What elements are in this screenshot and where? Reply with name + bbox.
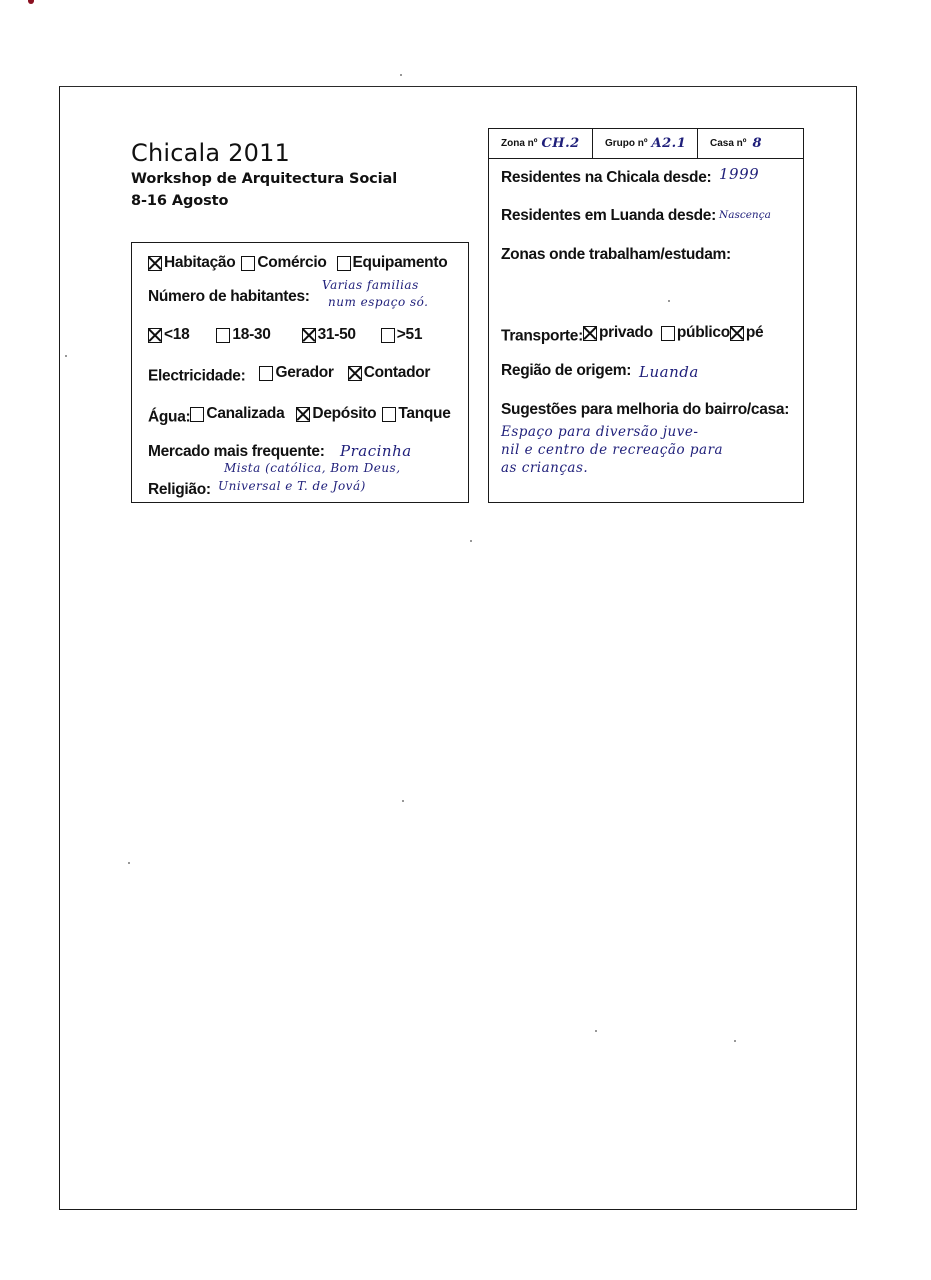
option-contador[interactable]: Contador (348, 364, 430, 382)
suggestions-line2[interactable]: nil e centro de recreação para (501, 442, 723, 458)
inhabitants-value-line1[interactable]: Varias familias (322, 278, 419, 292)
checkbox[interactable] (259, 366, 273, 381)
form-subtitle: Workshop de Arquitectura Social (131, 168, 397, 190)
checkbox[interactable] (730, 326, 744, 341)
option-age-over-51[interactable]: >51 (381, 326, 422, 344)
option-equipamento[interactable]: Equipamento (337, 254, 448, 272)
option-gerador[interactable]: Gerador (259, 364, 333, 382)
electricity-label: Electricidade: (148, 368, 245, 385)
option-age-under-18[interactable]: <18 (148, 326, 189, 344)
luanda-since-label: Residentes em Luanda desde: (501, 207, 716, 225)
checkbox[interactable] (241, 256, 255, 271)
work-zones-label: Zonas onde trabalham/estudam: (501, 246, 731, 264)
option-habitacao[interactable]: Habitação (148, 254, 235, 272)
option-age-18-30[interactable]: 18-30 (216, 326, 270, 344)
religion-label: Religião: (148, 481, 211, 499)
grupo-label: Grupo nº (605, 138, 648, 149)
checkbox[interactable] (302, 328, 316, 343)
checkbox[interactable] (337, 256, 351, 271)
checkbox[interactable] (216, 328, 230, 343)
chicala-since-value[interactable]: 1999 (719, 165, 759, 183)
suggestions-line1[interactable]: Espaço para diversão juve- (501, 424, 698, 440)
checkbox[interactable] (348, 366, 362, 381)
market-label: Mercado mais frequente: (148, 443, 325, 461)
form-title: Chicala 2011 (131, 138, 397, 168)
casa-label: Casa nº (710, 138, 746, 149)
luanda-since-value[interactable]: Nascença (719, 209, 771, 221)
zona-label: Zona nº (501, 138, 537, 149)
inhabitants-label: Número de habitantes: (148, 288, 310, 306)
building-type-row: Habitação Comércio Equipamento (148, 254, 447, 276)
transport-row: Transporte:privado públicopé (501, 324, 763, 346)
option-comercio[interactable]: Comércio (241, 254, 326, 272)
checkbox[interactable] (583, 326, 597, 341)
age-row: <18 18-30 31-50 >51 (148, 326, 422, 348)
religion-value-line2[interactable]: Universal e T. de Jová) (218, 479, 366, 493)
option-deposito[interactable]: Depósito (296, 405, 376, 423)
checkbox[interactable] (190, 407, 204, 422)
scan-speck (400, 74, 402, 76)
inhabitants-value-line2[interactable]: num espaço só. (328, 295, 429, 309)
form-dates: 8-16 Agosto (131, 190, 397, 212)
option-canalizada[interactable]: Canalizada (190, 405, 284, 423)
checkbox[interactable] (148, 256, 162, 271)
identification-row: Zona nº CH.2 Grupo nº A2.1 Casa nº 8 (489, 129, 803, 159)
form-header: Chicala 2011 Workshop de Arquitectura So… (131, 138, 397, 212)
grupo-cell: Grupo nº A2.1 (593, 129, 698, 158)
checkbox[interactable] (382, 407, 396, 422)
casa-value[interactable]: 8 (752, 136, 762, 151)
grupo-value[interactable]: A2.1 (652, 136, 687, 151)
suggestions-label: Sugestões para melhoria do bairro/casa: (501, 401, 789, 419)
option-privado[interactable]: privado (583, 324, 653, 342)
zona-cell: Zona nº CH.2 (489, 129, 593, 158)
religion-value-line1[interactable]: Mista (católica, Bom Deus, (224, 461, 401, 475)
checkbox[interactable] (381, 328, 395, 343)
chicala-since-label: Residentes na Chicala desde: (501, 169, 711, 187)
option-tanque[interactable]: Tanque (382, 405, 450, 423)
water-label: Água: (148, 409, 190, 426)
checkbox[interactable] (296, 407, 310, 422)
option-pe[interactable]: pé (730, 324, 764, 342)
casa-cell: Casa nº 8 (698, 129, 803, 158)
residency-panel: Zona nº CH.2 Grupo nº A2.1 Casa nº 8 Res… (488, 128, 804, 503)
option-age-31-50[interactable]: 31-50 (302, 326, 356, 344)
electricity-row: Electricidade: Gerador Contador (148, 364, 430, 386)
checkbox[interactable] (148, 328, 162, 343)
transport-label: Transporte: (501, 328, 583, 345)
water-row: Água:Canalizada Depósito Tanque (148, 405, 451, 427)
household-panel: Habitação Comércio Equipamento Número de… (131, 242, 469, 503)
option-publico[interactable]: público (661, 324, 730, 342)
checkbox[interactable] (661, 326, 675, 341)
zona-value[interactable]: CH.2 (541, 136, 579, 151)
origin-value[interactable]: Luanda (639, 363, 699, 381)
scan-mark (28, 0, 34, 4)
origin-label: Região de origem: (501, 362, 631, 380)
market-value[interactable]: Pracinha (340, 442, 412, 460)
suggestions-line3[interactable]: as crianças. (501, 460, 588, 476)
